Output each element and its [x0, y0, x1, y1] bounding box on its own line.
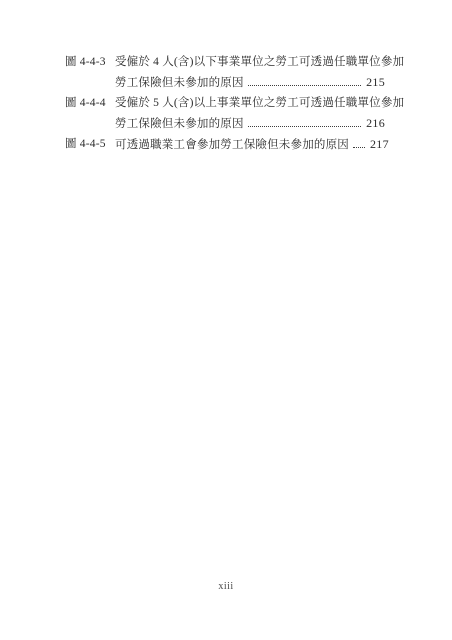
- dot-leader: [248, 85, 361, 86]
- toc-entry: 圖 4-4-5 可透過職業工會參加勞工保險但未參加的原因 217: [65, 134, 385, 155]
- document-page: 圖 4-4-3 受僱於 4 人(含)以下事業單位之勞工可透過任職單位參加 勞工保…: [0, 0, 452, 640]
- figure-label: 圖 4-4-3: [65, 52, 115, 72]
- footer-page-number: xiii: [0, 581, 452, 592]
- figure-title-line1: 受僱於 4 人(含)以下事業單位之勞工可透過任職單位參加: [115, 52, 385, 72]
- figure-label: 圖 4-4-5: [65, 134, 115, 154]
- toc-entry-body: 可透過職業工會參加勞工保險但未參加的原因 217: [115, 134, 385, 155]
- figure-title-row: 可透過職業工會參加勞工保險但未參加的原因 217: [115, 134, 385, 155]
- figure-label: 圖 4-4-4: [65, 93, 115, 113]
- dot-leader: [248, 126, 361, 127]
- figure-page-number: 215: [366, 72, 385, 92]
- figure-title-line2-row: 勞工保險但未參加的原因 216: [115, 113, 385, 134]
- figure-title-line2: 勞工保險但未參加的原因: [115, 114, 244, 134]
- toc-entry-body: 受僱於 5 人(含)以上事業單位之勞工可透過任職單位參加 勞工保險但未參加的原因…: [115, 93, 385, 134]
- list-of-figures: 圖 4-4-3 受僱於 4 人(含)以下事業單位之勞工可透過任職單位參加 勞工保…: [65, 52, 385, 155]
- figure-title-line1: 受僱於 5 人(含)以上事業單位之勞工可透過任職單位參加: [115, 93, 385, 113]
- dot-leader: [353, 147, 365, 148]
- figure-page-number: 216: [366, 113, 385, 133]
- toc-entry-body: 受僱於 4 人(含)以下事業單位之勞工可透過任職單位參加 勞工保險但未參加的原因…: [115, 52, 385, 93]
- figure-page-number: 217: [370, 134, 389, 154]
- figure-title-line2: 勞工保險但未參加的原因: [115, 73, 244, 93]
- toc-entry: 圖 4-4-4 受僱於 5 人(含)以上事業單位之勞工可透過任職單位參加 勞工保…: [65, 93, 385, 134]
- figure-title-line2-row: 勞工保險但未參加的原因 215: [115, 72, 385, 93]
- toc-entry: 圖 4-4-3 受僱於 4 人(含)以下事業單位之勞工可透過任職單位參加 勞工保…: [65, 52, 385, 93]
- figure-title: 可透過職業工會參加勞工保險但未參加的原因: [115, 135, 349, 155]
